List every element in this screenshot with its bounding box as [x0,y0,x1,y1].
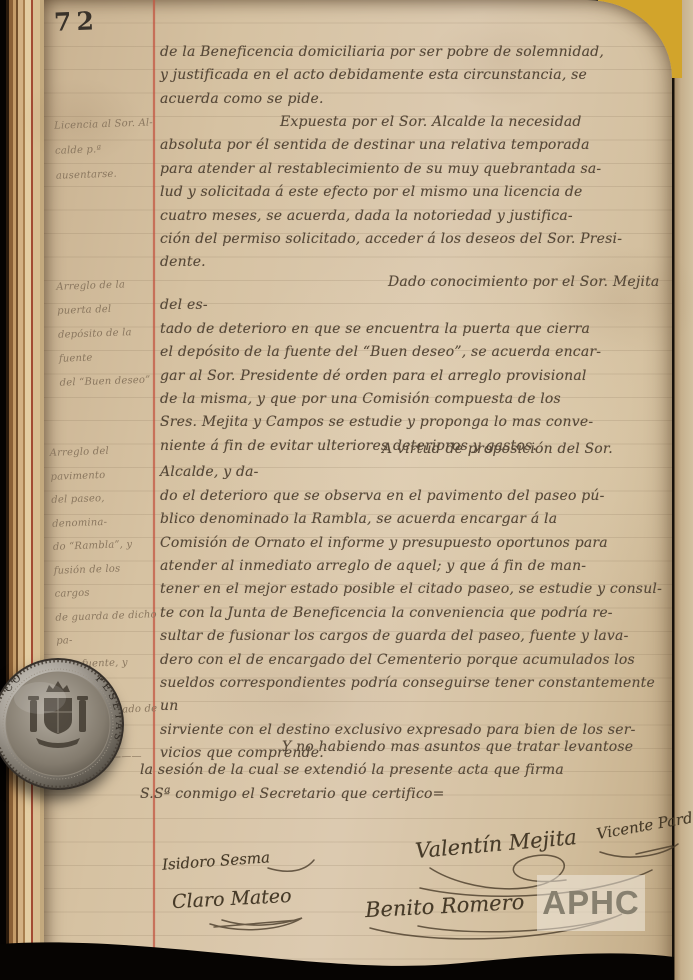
flourish-sesma [268,860,314,871]
body-paragraph-4: A virtud de proposición del Sor. Alcalde… [160,438,675,766]
margin-note-licencia: Licencia al Sor. Al- calde p.ª ausentars… [54,110,159,189]
flourish-pardo [600,844,678,857]
signature-isidoro-sesma: Isidoro Sesma [162,848,271,873]
signature-vicente-pardo: Vicente Pardo [595,807,693,843]
margin-note-puerta-fuente: Arreglo de la puerta del depósito de la … [56,272,162,395]
body-paragraph-3: Dado conocimiento por el Sor. Mejita del… [160,271,675,458]
signature-benito-romero: Benito Romero [364,890,524,922]
coin: PESETAS CO [0,654,128,794]
body-paragraph-2: Expuesta por el Sor. Alcalde la necesida… [160,111,675,275]
flourish-mateo [210,918,302,930]
closing-paragraph: Y no habiendo mas asuntos que tratar lev… [140,736,680,806]
page-number: 72 [54,6,100,37]
manuscript-photo: 72 Licencia al Sor. Al- calde p.ª ausent… [0,0,693,980]
coin-highlight [14,682,66,714]
signature-valentin-mejita: Valentín Mejita [414,825,577,863]
ink-layer: 72 Licencia al Sor. Al- calde p.ª ausent… [0,0,693,980]
archive-watermark: APHC [537,875,645,931]
signature-claro-mateo: Claro Mateo [172,885,293,913]
body-paragraph-1: de la Beneficencia domiciliaria por ser … [160,41,675,111]
